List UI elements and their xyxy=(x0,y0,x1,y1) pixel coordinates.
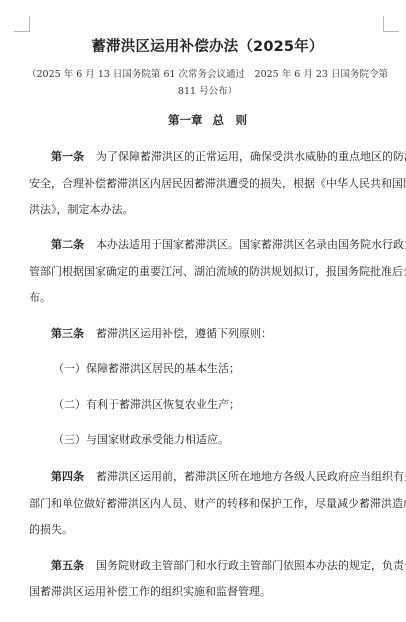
article-1-line-2: 安全，合理补偿蓄滞洪区内居民因蓄滞洪遭受的损失，根据《中华人民共和国防 xyxy=(29,177,386,191)
document-title: 蓄滞洪区运用补偿办法（2025年） xyxy=(29,35,386,56)
article-2-line-3: 布。 xyxy=(29,291,386,305)
chapter-number: 第一章 xyxy=(168,113,203,127)
article-label: 第三条 xyxy=(51,327,84,340)
article-5-line-1: 第五条国务院财政主管部门和水行政主管部门依照本办法的规定，负责全 xyxy=(29,559,386,573)
article-2-line-1: 第二条本办法适用于国家蓄滞洪区。国家蓄滞洪区名录由国务院水行政主 xyxy=(29,238,386,252)
article-label: 第五条 xyxy=(51,559,84,572)
article-3-line-1: 第三条蓄滞洪区运用补偿，遵循下列原则： xyxy=(29,327,386,341)
subtitle-line-1: （2025 年 6 月 13 日国务院第 61 次常务会议通过 2025 年 6… xyxy=(8,66,406,80)
article-3-item-2: （二）有利于蓄滞洪区恢复农业生产； xyxy=(53,398,240,412)
article-1-line-1: 第一条为了保障蓄滞洪区的正常运用，确保受洪水威胁的重点地区的防洪 xyxy=(29,150,386,164)
chapter-title: 总 则 xyxy=(213,113,248,127)
article-4-line-3: 的损失。 xyxy=(29,523,386,537)
margin-corner-mark-top-right xyxy=(383,16,399,32)
article-2-line-2: 管部门根据国家确定的重要江河、湖泊流域的防洪规划拟订，报国务院批准后公 xyxy=(29,265,386,279)
article-3-item-3: （三）与国家财政承受能力相适应。 xyxy=(53,433,229,447)
subtitle-line-2: 811 号公布） xyxy=(8,83,406,97)
article-label: 第一条 xyxy=(51,150,84,163)
article-5-line-2: 国蓄滞洪区运用补偿工作的组织实施和监督管理。 xyxy=(29,585,386,599)
article-label: 第二条 xyxy=(51,238,84,251)
chapter-heading: 第一章总 则 xyxy=(29,112,386,128)
article-label: 第四条 xyxy=(51,470,84,483)
article-4-line-2: 部门和单位做好蓄滞洪区内人员、财产的转移和保护工作，尽量减少蓄滞洪造成 xyxy=(29,497,386,511)
margin-corner-mark-top-left xyxy=(14,16,30,32)
article-3-item-1: （一）保障蓄滞洪区居民的基本生活； xyxy=(53,362,240,376)
article-1-line-3: 洪法》，制定本办法。 xyxy=(29,203,386,217)
article-4-line-1: 第四条蓄滞洪区运用前，蓄滞洪区所在地地方各级人民政府应当组织有关 xyxy=(29,470,386,484)
